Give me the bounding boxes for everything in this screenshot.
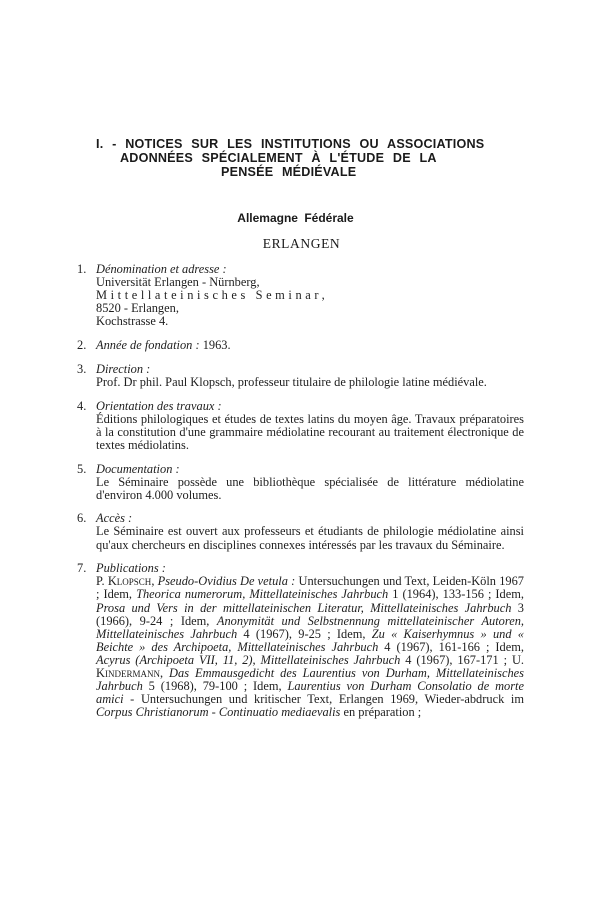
- pub-title: Theorica numerorum, Mittellateinisches J…: [136, 587, 388, 601]
- founding-year-value: 1963.: [203, 338, 231, 352]
- author-name: Klopsch: [108, 574, 151, 588]
- item-number: 6.: [77, 512, 86, 525]
- address-line-street: Kochstrasse 4.: [96, 315, 524, 328]
- item-body: Prof. Dr phil. Paul Klopsch, professeur …: [96, 376, 524, 389]
- pub-title: Corpus Christianorum - Continuatio media…: [96, 705, 340, 719]
- item-body: Le Séminaire est ouvert aux professeurs …: [96, 525, 524, 551]
- pub-segment: 4 (1967), 9-25 ; Idem,: [237, 627, 372, 641]
- item-body: Éditions philologiques et études de text…: [96, 413, 524, 452]
- pub-segment: P.: [96, 574, 108, 588]
- entry-item-denomination: 1. Dénomination et adresse : Universität…: [77, 263, 524, 328]
- pub-segment: 4 (1967), 167-171 ; U.: [400, 653, 524, 667]
- item-number: 1.: [77, 263, 86, 276]
- item-number: 7.: [77, 562, 86, 575]
- document-page: I. - NOTICES SUR LES INSTITUTIONS OU ASS…: [0, 0, 591, 918]
- section-heading: I. - NOTICES SUR LES INSTITUTIONS OU ASS…: [96, 137, 526, 179]
- pub-title: Prosa und Vers in der mittellateinischen…: [96, 601, 511, 615]
- pub-segment: 1 (1964), 133-156 ; Idem,: [388, 587, 524, 601]
- entry-item-founding-year: 2. Année de fondation : 1963.: [77, 339, 524, 352]
- publications-list: P. Klopsch, Pseudo-Ovidius De vetula : U…: [96, 575, 524, 719]
- item-label: Année de fondation :: [96, 338, 200, 352]
- section-heading-line-3: PENSÉE MÉDIÉVALE: [96, 165, 526, 179]
- section-heading-line-2: ADONNÉES SPÉCIALEMENT À L'ÉTUDE DE LA: [96, 151, 526, 165]
- pub-segment: 4 (1967), 161-166 ; Idem,: [378, 640, 524, 654]
- item-number: 4.: [77, 400, 86, 413]
- item-number: 5.: [77, 463, 86, 476]
- pub-segment: en préparation ;: [340, 705, 421, 719]
- entry-item-direction: 3. Direction : Prof. Dr phil. Paul Klops…: [77, 363, 524, 389]
- entry-item-orientation: 4. Orientation des travaux : Éditions ph…: [77, 400, 524, 452]
- pub-segment: 5 (1968), 79-100 ; Idem,: [143, 679, 288, 693]
- institution-entry-list: 1. Dénomination et adresse : Universität…: [77, 263, 524, 730]
- item-label: Direction :: [96, 363, 524, 376]
- item-number: 2.: [77, 339, 86, 352]
- pub-title: Pseudo-Ovidius De vetula :: [158, 574, 296, 588]
- pub-title: Acyrus (Archipoeta VII, 11, 2), Mittella…: [96, 653, 400, 667]
- item-body: Le Séminaire possède une bibliothèque sp…: [96, 476, 524, 502]
- entry-item-publications: 7. Publications : P. Klopsch, Pseudo-Ovi…: [77, 562, 524, 719]
- author-name: Kindermann: [96, 666, 160, 680]
- item-label: Documentation :: [96, 463, 524, 476]
- entry-item-access: 6. Accès : Le Séminaire est ouvert aux p…: [77, 512, 524, 551]
- item-label: Orientation des travaux :: [96, 400, 524, 413]
- pub-segment: - Untersuchungen und kritischer Text, Er…: [124, 692, 524, 706]
- country-heading: Allemagne Fédérale: [0, 211, 591, 225]
- pub-segment: ,: [160, 666, 169, 680]
- item-number: 3.: [77, 363, 86, 376]
- section-heading-line-1: I. - NOTICES SUR LES INSTITUTIONS OU ASS…: [96, 137, 526, 151]
- city-heading: ERLANGEN: [0, 236, 591, 252]
- entry-item-documentation: 5. Documentation : Le Séminaire possède …: [77, 463, 524, 502]
